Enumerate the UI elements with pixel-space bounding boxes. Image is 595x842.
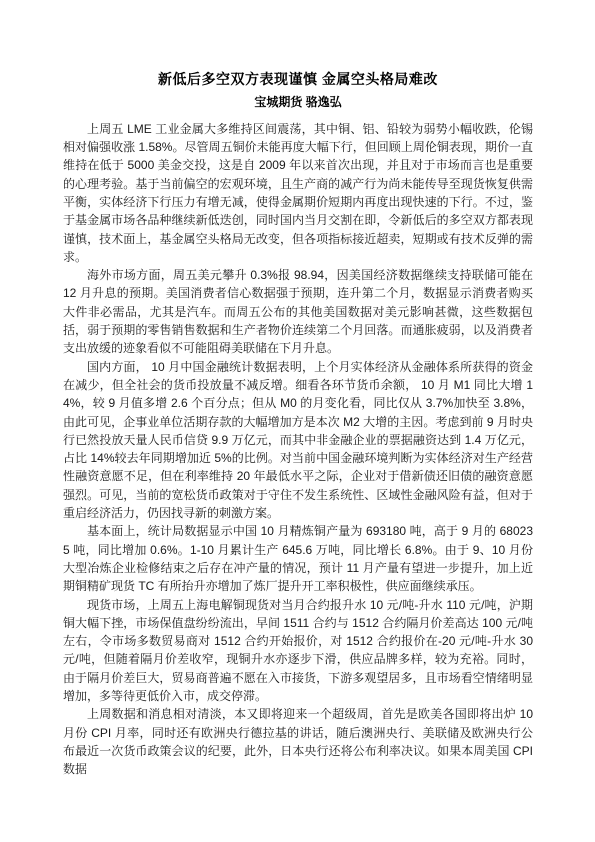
paragraph-overseas-market: 海外市场方面，周五美元攀升 0.3%报 98.94，因美国经济数据继续支持联储可…: [63, 266, 533, 357]
document-title: 新低后多空双方表现谨慎 金属空头格局难改: [63, 70, 533, 88]
paragraph-market-overview: 上周五 LME 工业金属大多维持区间震荡，其中铜、铝、铅较为弱势小幅收跌，伦锡相…: [63, 120, 533, 266]
paragraph-fundamentals: 基本面上，统计局数据显示中国 10 月精炼铜产量为 693180 吨，高于 9 …: [63, 522, 533, 595]
document-body: 上周五 LME 工业金属大多维持区间震荡，其中铜、铝、铅较为弱势小幅收跌，伦锡相…: [63, 120, 533, 779]
document-page: 新低后多空双方表现谨慎 金属空头格局难改 宝城期货 骆逸弘 上周五 LME 工业…: [0, 0, 595, 842]
paragraph-domestic-finance: 国内方面， 10 月中国金融统计数据表明，上个月实体经济从金融体系所获得的资金在…: [63, 358, 533, 523]
document-byline: 宝城期货 骆逸弘: [63, 95, 533, 111]
paragraph-week-ahead: 上周数据和消息相对清淡，本又即将迎来一个超级周，首先是欧美各国即将出炉 10 月…: [63, 705, 533, 778]
paragraph-spot-market: 现货市场，上周五上海电解铜现货对当月合约报升水 10 元/吨-升水 110 元/…: [63, 596, 533, 706]
